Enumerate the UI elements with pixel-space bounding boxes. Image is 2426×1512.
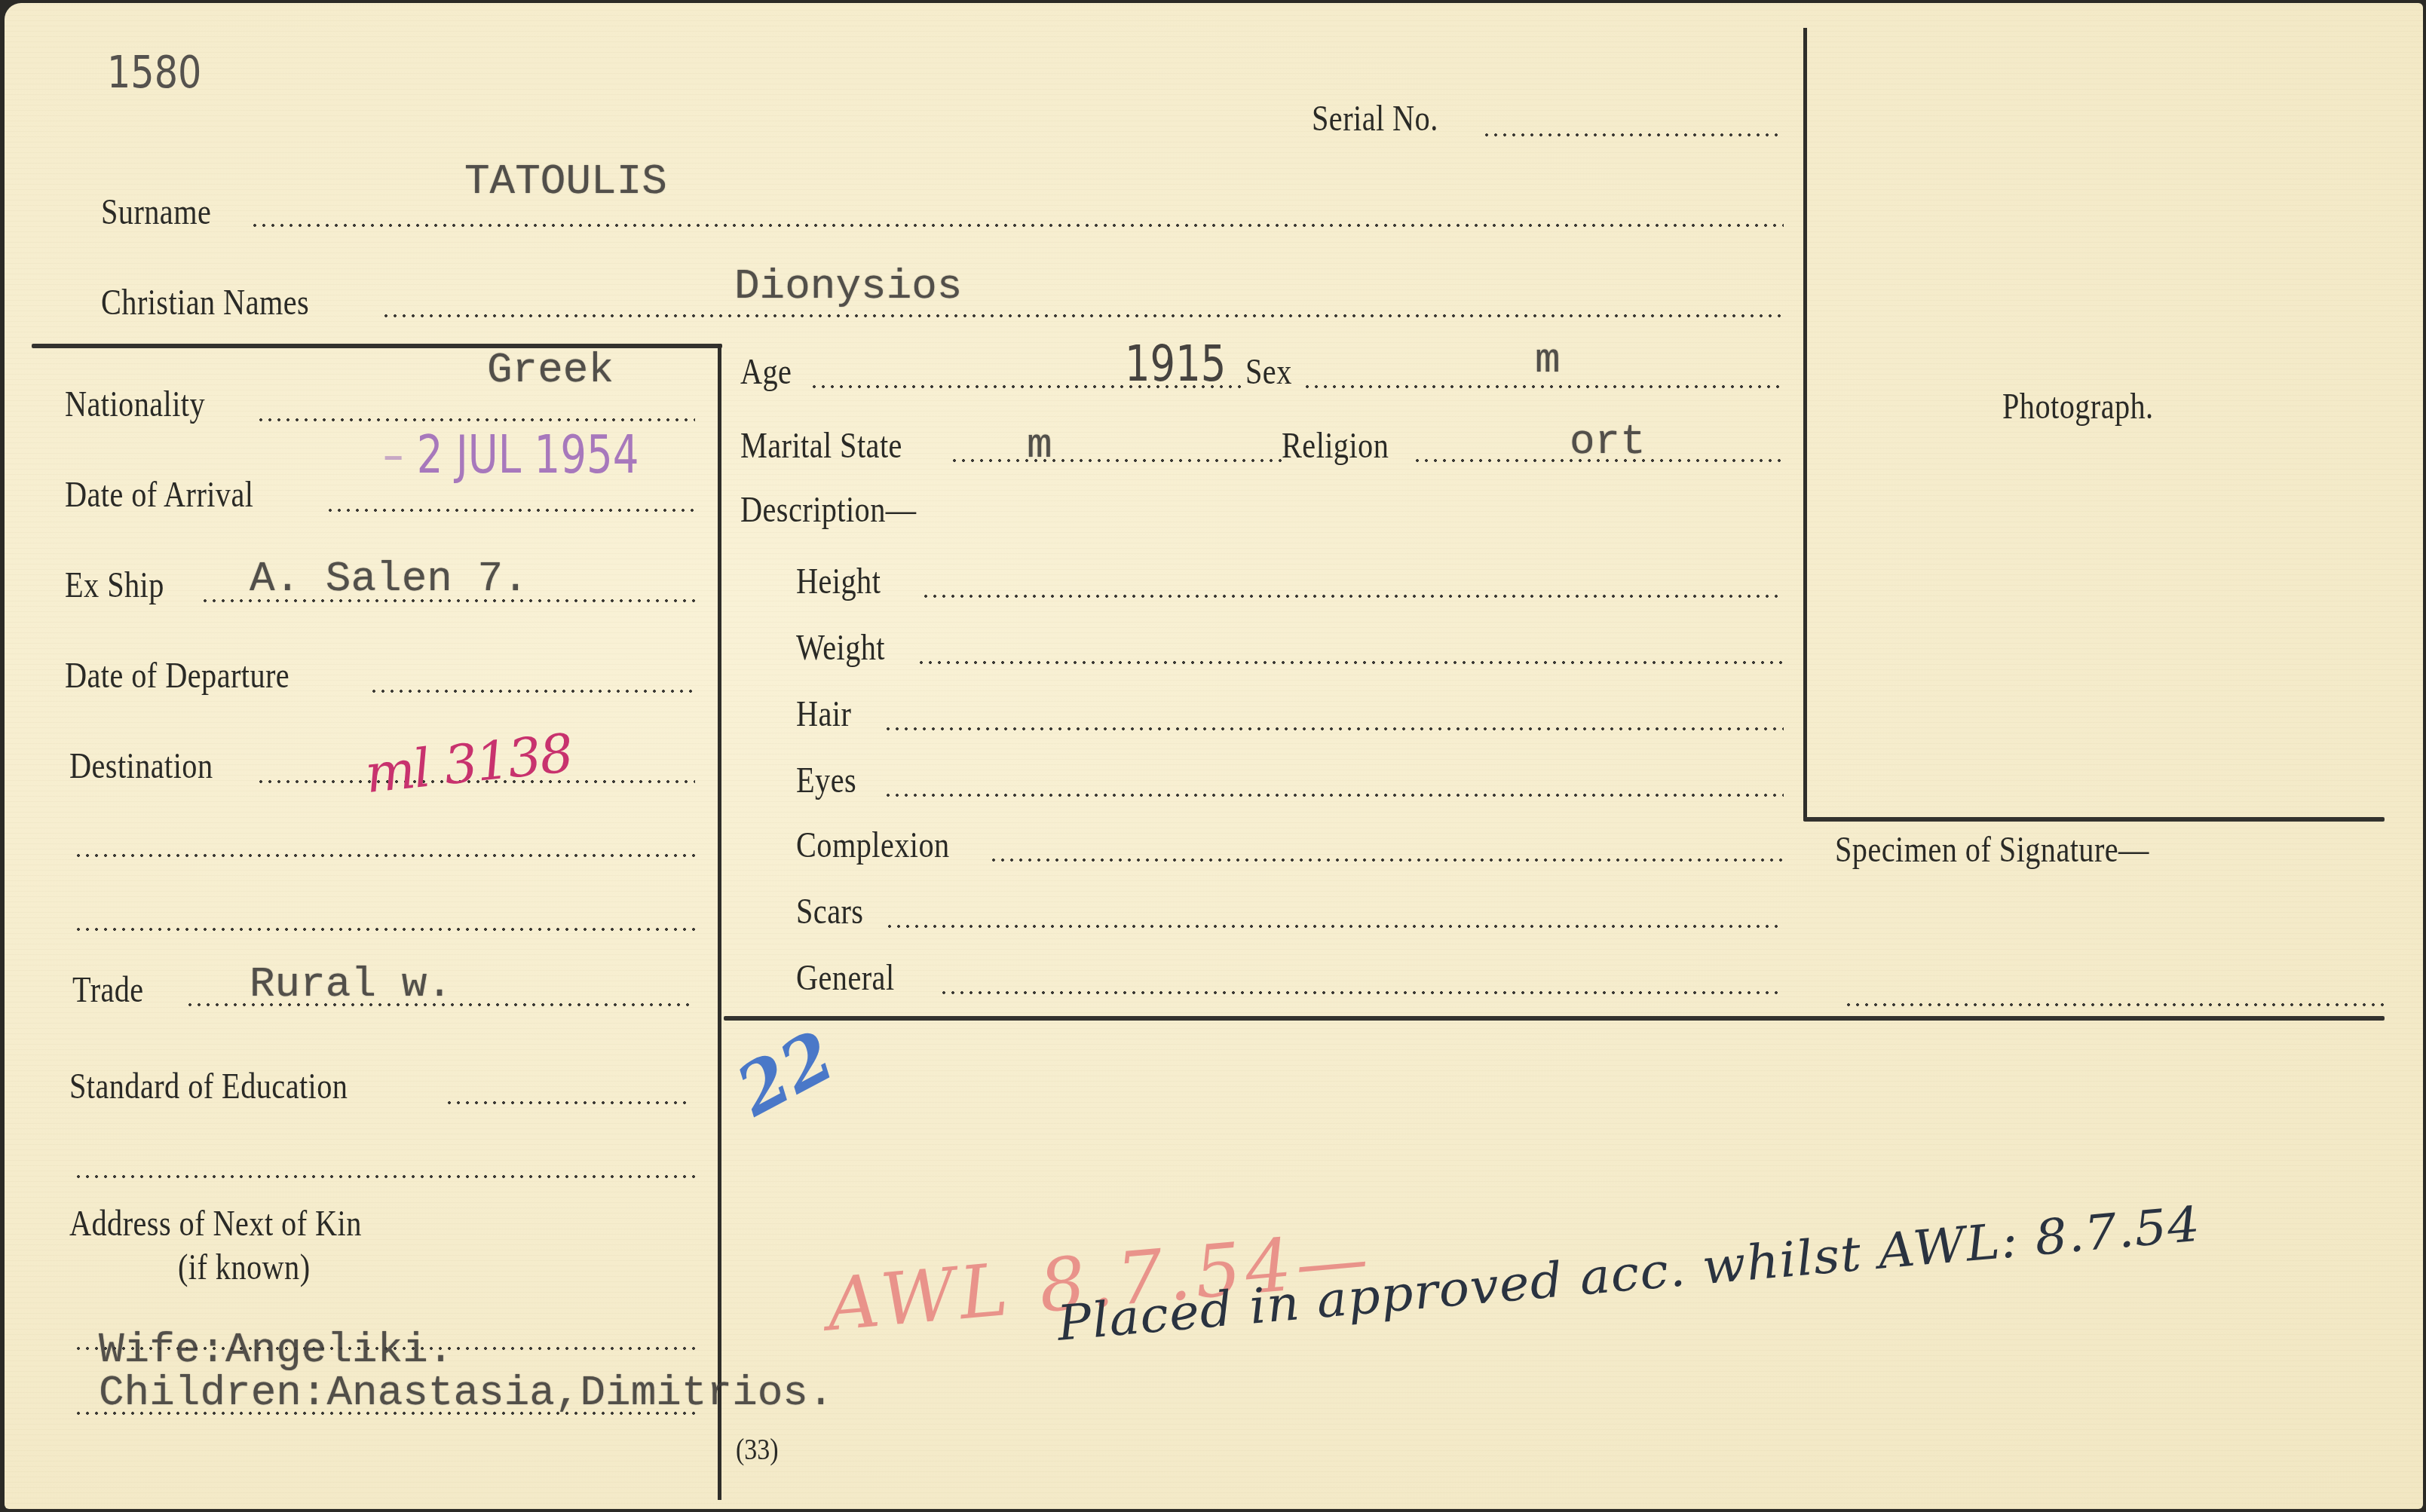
education-extra-line[interactable] — [74, 1174, 695, 1179]
weight-field[interactable] — [917, 660, 1784, 665]
height-label: Height — [796, 561, 881, 602]
surname-value: TATOULIS — [464, 158, 667, 206]
next-of-kin-line-1: Wife:Angeliki. — [99, 1326, 453, 1374]
date-of-arrival-field[interactable] — [326, 508, 695, 513]
eyes-field[interactable] — [884, 793, 1784, 797]
marital-state-label: Marital State — [740, 425, 902, 467]
hair-field[interactable] — [884, 727, 1784, 731]
marital-state-value: m — [1027, 421, 1052, 470]
date-of-departure-label: Date of Departure — [65, 655, 289, 696]
serial-no-field[interactable] — [1482, 133, 1784, 137]
destination-extra-line-1[interactable] — [74, 853, 695, 858]
trade-value: Rural w. — [250, 960, 452, 1009]
next-of-kin-label: Address of Next of Kin — [69, 1203, 362, 1244]
complexion-label: Complexion — [796, 825, 950, 866]
ex-ship-value: A. Salen 7. — [250, 555, 528, 603]
scars-field[interactable] — [885, 924, 1784, 929]
sex-field[interactable] — [1303, 384, 1784, 389]
christian-names-field[interactable] — [381, 314, 1784, 318]
photo-box-bottom-rule — [1803, 817, 2385, 822]
sex-label: Sex — [1245, 351, 1292, 393]
surname-label: Surname — [101, 191, 211, 233]
hair-label: Hair — [796, 693, 851, 735]
signature-label: Specimen of Signature— — [1835, 829, 2149, 871]
center-divider — [718, 344, 721, 1500]
destination-extra-line-2[interactable] — [74, 927, 695, 932]
age-label: Age — [740, 351, 792, 393]
ex-ship-label: Ex Ship — [65, 565, 164, 606]
photograph-label: Photograph. — [2002, 386, 2154, 427]
sex-value: m — [1535, 336, 1561, 384]
registration-card: 1580 Serial No. Surname TATOULIS Christi… — [5, 3, 2423, 1509]
blue-mark: 22 — [724, 1015, 847, 1131]
religion-value: ort — [1570, 418, 1646, 466]
date-of-arrival-label: Date of Arrival — [65, 474, 253, 516]
signature-field[interactable] — [1844, 1002, 2384, 1007]
standard-of-education-field[interactable] — [445, 1100, 691, 1105]
christian-names-value: Dionysios — [734, 262, 962, 311]
complexion-field[interactable] — [989, 858, 1784, 862]
age-value: 1915 — [1125, 335, 1226, 393]
nationality-field[interactable] — [256, 418, 695, 422]
general-field[interactable] — [939, 990, 1784, 995]
general-label: General — [796, 957, 895, 999]
surname-field[interactable] — [250, 223, 1784, 228]
card-number: 1580 — [107, 47, 201, 98]
next-of-kin-sublabel: (if known) — [178, 1247, 311, 1288]
left-box-top-rule — [32, 344, 722, 348]
date-of-arrival-stamp: – 2 JUL 1954 — [383, 424, 639, 485]
eyes-label: Eyes — [796, 760, 856, 801]
destination-label: Destination — [69, 745, 213, 787]
next-of-kin-line-2: Children:Anastasia,Dimitrios. — [99, 1369, 834, 1417]
religion-label: Religion — [1282, 425, 1389, 467]
weight-label: Weight — [796, 627, 885, 669]
middle-section-rule — [724, 1016, 2385, 1021]
form-code: (33) — [736, 1431, 779, 1467]
nationality-value: Greek — [487, 346, 614, 394]
stamp-dash: – — [383, 424, 417, 485]
description-label: Description— — [740, 489, 916, 531]
standard-of-education-label: Standard of Education — [69, 1066, 348, 1107]
serial-no-label: Serial No. — [1312, 98, 1438, 139]
marital-state-field[interactable] — [950, 458, 1282, 463]
photo-box-left-rule — [1803, 28, 1807, 821]
scars-label: Scars — [796, 891, 863, 932]
destination-value: ml 3138 — [362, 722, 574, 805]
date-of-arrival-value: 2 JUL 1954 — [417, 424, 639, 485]
height-field[interactable] — [921, 594, 1784, 598]
date-of-departure-field[interactable] — [369, 689, 695, 693]
christian-names-label: Christian Names — [101, 282, 309, 323]
nationality-label: Nationality — [65, 384, 205, 425]
trade-label: Trade — [72, 969, 144, 1011]
